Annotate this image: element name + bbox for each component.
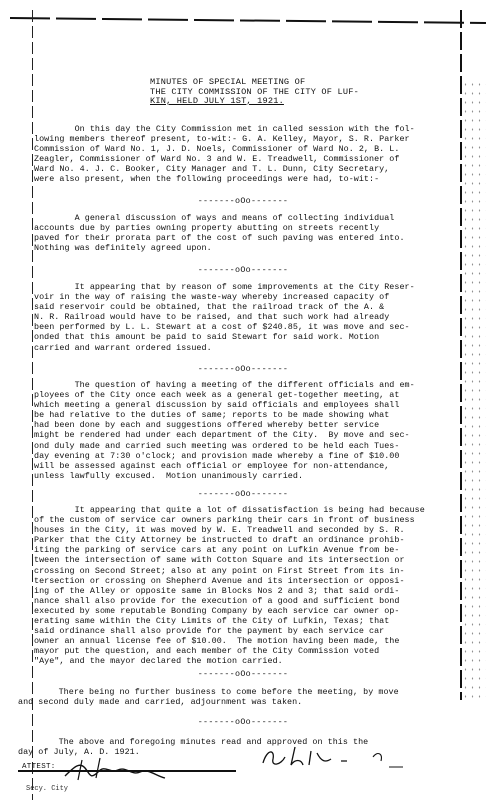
- text-line: onded that this amount be paid to said S…: [34, 332, 460, 342]
- text-line: said ordinance shall also provide for th…: [34, 626, 460, 636]
- text-line: houses in the City, it was moved by W. E…: [34, 525, 460, 535]
- text-line: owner an annual license fee of $10.00. T…: [34, 636, 460, 646]
- paragraph-adjournment: There being no further business to come …: [18, 687, 444, 707]
- text-line: ond duly made and carried such meeting w…: [34, 441, 460, 451]
- text-line: unless lawfully excused. Motion unanimou…: [34, 471, 460, 481]
- text-line: been performed by L. L. Stewart at a cos…: [34, 322, 460, 332]
- text-line: executed by some reputable Bonding Compa…: [34, 606, 460, 616]
- text-line: of the custom of service car owners park…: [34, 515, 460, 525]
- text-line: It appearing that quite a lot of dissati…: [34, 505, 460, 515]
- paragraph-reservoir: It appearing that by reason of some impr…: [34, 282, 460, 353]
- text-line: voir in the way of raising the waste-way…: [34, 292, 460, 302]
- document-title: MINUTES OF SPECIAL MEETING OFTHE CITY CO…: [150, 78, 370, 107]
- text-line: On this day the City Commission met in c…: [34, 124, 460, 134]
- text-line: which meeting a general discussion by sa…: [34, 400, 460, 410]
- mayor-signature: [255, 743, 405, 771]
- text-line: N. R. Railroad would have to be raised, …: [34, 312, 460, 322]
- text-line: It appearing that by reason of some impr…: [34, 282, 460, 292]
- text-line: day evening at 7:30 o'clock; and provisi…: [34, 451, 460, 461]
- text-line: A general discussion of ways and means o…: [34, 213, 460, 223]
- secretary-signature: [60, 754, 170, 784]
- text-line: lowing members thereof present, to-wit:-…: [34, 134, 460, 144]
- text-line: nance shall also provide for the executi…: [34, 596, 460, 606]
- text-line: said reservoir could be obtained, that t…: [34, 302, 460, 312]
- section-separator: -------oOo-------: [0, 669, 486, 679]
- text-line: "Aye", and the mayor declared the motion…: [34, 656, 460, 666]
- text-line: paved for their prorata part of the cost…: [34, 233, 460, 243]
- text-line: will be assessed against each official o…: [34, 461, 460, 471]
- text-line: mayor put the question, and each member …: [34, 646, 460, 656]
- text-line: tersection or crossing on Shepherd Avenu…: [34, 576, 460, 586]
- text-line: tween the intersection of same with Cott…: [34, 555, 460, 565]
- text-line: crossing on Second Street; also at any p…: [34, 566, 460, 576]
- paragraph-paving-accounts: A general discussion of ways and means o…: [34, 213, 460, 253]
- text-line: Ward No. 4. J. C. Booker, City Manager a…: [34, 164, 460, 174]
- text-line: carried and warrant ordered issued.: [34, 343, 460, 353]
- top-border-rule: [10, 17, 486, 24]
- scanned-document-page: MINUTES OF SPECIAL MEETING OFTHE CITY CO…: [0, 0, 486, 800]
- text-line: Commission of Ward No. 1, J. D. Noels, C…: [34, 144, 460, 154]
- text-line: ployees of the City once each week as a …: [34, 390, 460, 400]
- text-line: ing of the Alley or opposite same in Blo…: [34, 586, 460, 596]
- paragraph-attendance: On this day the City Commission met in c…: [34, 124, 460, 185]
- paragraph-service-cars: It appearing that quite a lot of dissati…: [34, 505, 460, 667]
- text-line: might be rendered had under each departm…: [34, 430, 460, 440]
- text-line: erating same within the City Limits of t…: [34, 616, 460, 626]
- text-line: The question of having a meeting of the …: [34, 380, 460, 390]
- footer-fragment: Secy. City: [26, 785, 68, 793]
- text-line: be had relative to the duties of same; r…: [34, 410, 460, 420]
- left-margin-line: [32, 10, 33, 800]
- section-separator: -------oOo-------: [0, 265, 486, 275]
- text-line: Zeagler, Commissioner of Ward No. 3 and …: [34, 154, 460, 164]
- text-line: There being no further business to come …: [18, 687, 444, 697]
- title-line: KIN, HELD JULY 1st, 1921.: [150, 97, 370, 107]
- paragraph-weekly-meeting: The question of having a meeting of the …: [34, 380, 460, 481]
- text-line: iting the parking of service cars at any…: [34, 545, 460, 555]
- text-line: had been done by each and suggestions of…: [34, 420, 460, 430]
- section-separator: -------oOo-------: [0, 364, 486, 374]
- section-separator: -------oOo-------: [0, 489, 486, 499]
- text-line: Nothing was definitely agreed upon.: [34, 243, 460, 253]
- scan-speckle-noise: [462, 80, 486, 700]
- text-line: Parker that the City Attorney be instruc…: [34, 535, 460, 545]
- text-line: accounts due by parties owning property …: [34, 223, 460, 233]
- text-line: were also present, when the following pr…: [34, 174, 460, 184]
- section-separator: -------oOo-------: [0, 196, 486, 206]
- section-separator: -------oOo-------: [0, 717, 486, 727]
- text-line: and second duly made and carried, adjour…: [18, 697, 444, 707]
